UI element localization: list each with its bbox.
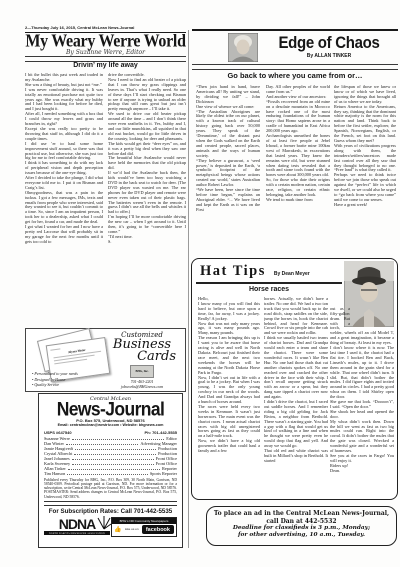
masthead-phone: Ph: 701-442-5535 [145,430,177,435]
hat-tips-column-1: Hello, I know many of you will find this… [198,297,260,495]
facebook-like-text: Like us on [125,528,139,531]
ad-box-line3: Deadline for classifieds is 3 p.m., Mond… [207,525,396,532]
edge-divider-rule [192,64,398,70]
ad-box-line4: for other advertising, 10 a.m., Tuesday. [207,532,396,539]
staff-row: Tim HansonSports Reporter [44,471,177,476]
masthead-staff-list: Suzanne WerreEditor Dan WinterAdvertisin… [44,436,177,476]
masthead-publication-notice: Published every Thursday for BHG, Inc., … [44,478,177,499]
ad-box-line1: To place an ad in the Central McLean New… [207,510,396,518]
ndna-burst-icon [96,516,112,530]
edge-column-byline: By ALLAN TINKER [262,53,396,59]
edge-column-header: Edge of Chaos By ALLAN TINKER [262,34,396,59]
weary-article-column-2: drive the convertible. Now I need to fin… [108,73,186,325]
ndna-subtitle: NORTH DAKOTA NEWSPAPER ASSOCIATION [44,531,110,535]
hat-tips-title-rule [196,282,342,284]
masthead-contact-line: Email: centralmclean@westriv.com • Websi… [44,423,177,427]
published-text: Published every Thursday for BHG, Inc., … [44,478,177,491]
edge-article-column-3: the lifespan of those we knew or know or… [334,85,396,255]
ad-email: jobworks@BHGnews.com [104,384,180,389]
allan-tinker-photo [228,33,258,62]
facebook-badge: BHG’s ND Community Newspapers 👍 Like us … [111,517,177,537]
business-cards-ad: Alyssa Meier Customized Business Cards •… [25,328,186,392]
ad-box-line2: call Dan at 442-5532 [207,518,396,526]
edge-top-rule [192,29,398,31]
hat-tips-header: Hat Tips By Dean Meyer [200,262,310,280]
masthead-paper-name: News-Journal [44,400,177,419]
business-cards-ad-title: Customized Business Cards [104,331,180,363]
masthead-usps-row: USPS #647540 Ph: 701-442-5535 [44,430,177,435]
hat-tips-column-3: out as a fifty-gallon drum. But with a t… [330,297,394,495]
edge-article-column-2: Day. All other peoples of the world came… [266,85,330,255]
photo-wrap-spacer [350,302,394,330]
newspaper-masthead: Central McLean News-Journal P.O. Box 575… [38,393,183,548]
ad-title-line3: Cards [104,351,180,363]
facebook-wordmark: facebook [142,525,174,534]
hat-tips-byline: By Dean Meyer [274,271,310,277]
weary-article-column-1: I bit the bullet this past week and trad… [25,73,103,325]
masthead-logos-row: NDNA NORTH DAKOTA NEWSPAPER ASSOCIATION … [44,517,177,537]
masthead-divider [44,501,177,506]
place-an-ad-box: To place an ad in the Central McLean New… [206,506,397,546]
column-separator-rule [188,30,189,548]
weary-column-title: My Weary Werre World [25,32,186,52]
thumbs-up-icon: 👍 [114,526,121,533]
edge-article-headline: Go back to where you came from or… [192,71,398,80]
business-cards-ad-contact: BHG, Inc. 701-463-2201 jobworks@BHGnews.… [104,365,180,389]
subscription-rates-line: For Subscription Rates: Call 701-442-553… [44,508,177,515]
hat-tips-column-2: horses. Actually, we didn’t have a trail… [264,297,328,495]
hat-tips-section: Hat Tips By Dean Meyer Horse races Hello… [191,258,398,500]
ndna-wordmark: NDNA [44,518,110,531]
edge-article-column-1: “Then join hand in hand, brave Americans… [196,85,260,255]
weary-column-header: My Weary Werre World By Suzanne Werre, E… [25,32,186,56]
ndna-logo: NDNA NORTH DAKOTA NEWSPAPER ASSOCIATION [44,518,110,535]
masthead-usps: USPS #647540 [44,430,72,435]
hat-tips-column-3-text: out as a fifty-gallon drum. But with a t… [330,306,394,473]
bhg-logo: BHG, Inc. [130,365,154,378]
edge-column-title: Edge of Chaos [262,34,396,52]
weary-article-headline: Drivin’ my life away [25,62,186,69]
postmaster-text: POSTMASTER: Send address changes to Cent… [44,490,177,498]
staff-name: Tim Hanson [44,471,65,476]
staff-role: Sports Reporter [150,471,177,476]
hat-tips-title: Hat Tips [200,263,266,279]
hat-tips-headline: Horse races [196,286,342,293]
